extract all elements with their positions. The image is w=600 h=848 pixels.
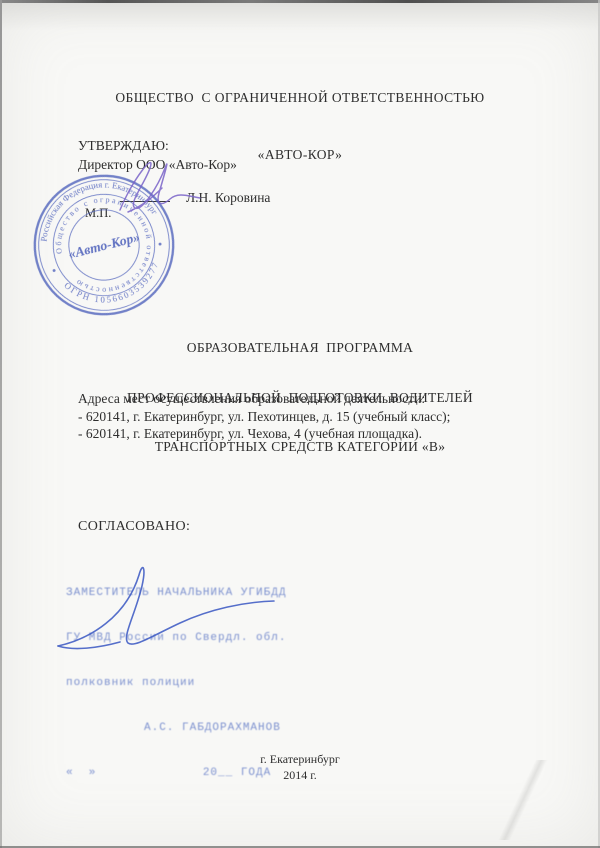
- scanned-document-page: ОБЩЕСТВО С ОГРАНИЧЕННОЙ ОТВЕТСТВЕННОСТЬЮ…: [0, 0, 600, 848]
- scan-shading-band: [0, 3, 600, 31]
- stamp-separator-dot: [158, 242, 162, 246]
- title-line-1: ОБРАЗОВАТЕЛЬНАЯ ПРОГРАММА: [0, 340, 600, 357]
- addresses-heading: Адреса мест осуществления образовательно…: [78, 390, 450, 408]
- stamp-separator-dot: [52, 269, 56, 273]
- address-item: - 620141, г. Екатеринбург, ул. Пехотинце…: [78, 408, 450, 426]
- stamp-line: полковник полиции: [66, 676, 286, 691]
- organization-name-line: ОБЩЕСТВО С ОГРАНИЧЕННОЙ ОТВЕТСТВЕННОСТЬЮ: [0, 88, 600, 107]
- official-signature-scribble: [48, 545, 298, 655]
- stamp-center-text: «Авто-Кор»: [67, 229, 141, 261]
- addresses-block: Адреса мест осуществления образовательно…: [78, 390, 450, 443]
- director-signature-scribble: [98, 146, 278, 226]
- address-item: - 620141, г. Екатеринбург, ул. Чехова, 4…: [78, 425, 450, 443]
- agreement-label: СОГЛАСОВАНО:: [78, 519, 190, 535]
- stamp-line: А.С. ГАБДОРАХМАНОВ: [66, 721, 286, 736]
- stamp-line: « » 20__ ГОДА: [66, 766, 286, 781]
